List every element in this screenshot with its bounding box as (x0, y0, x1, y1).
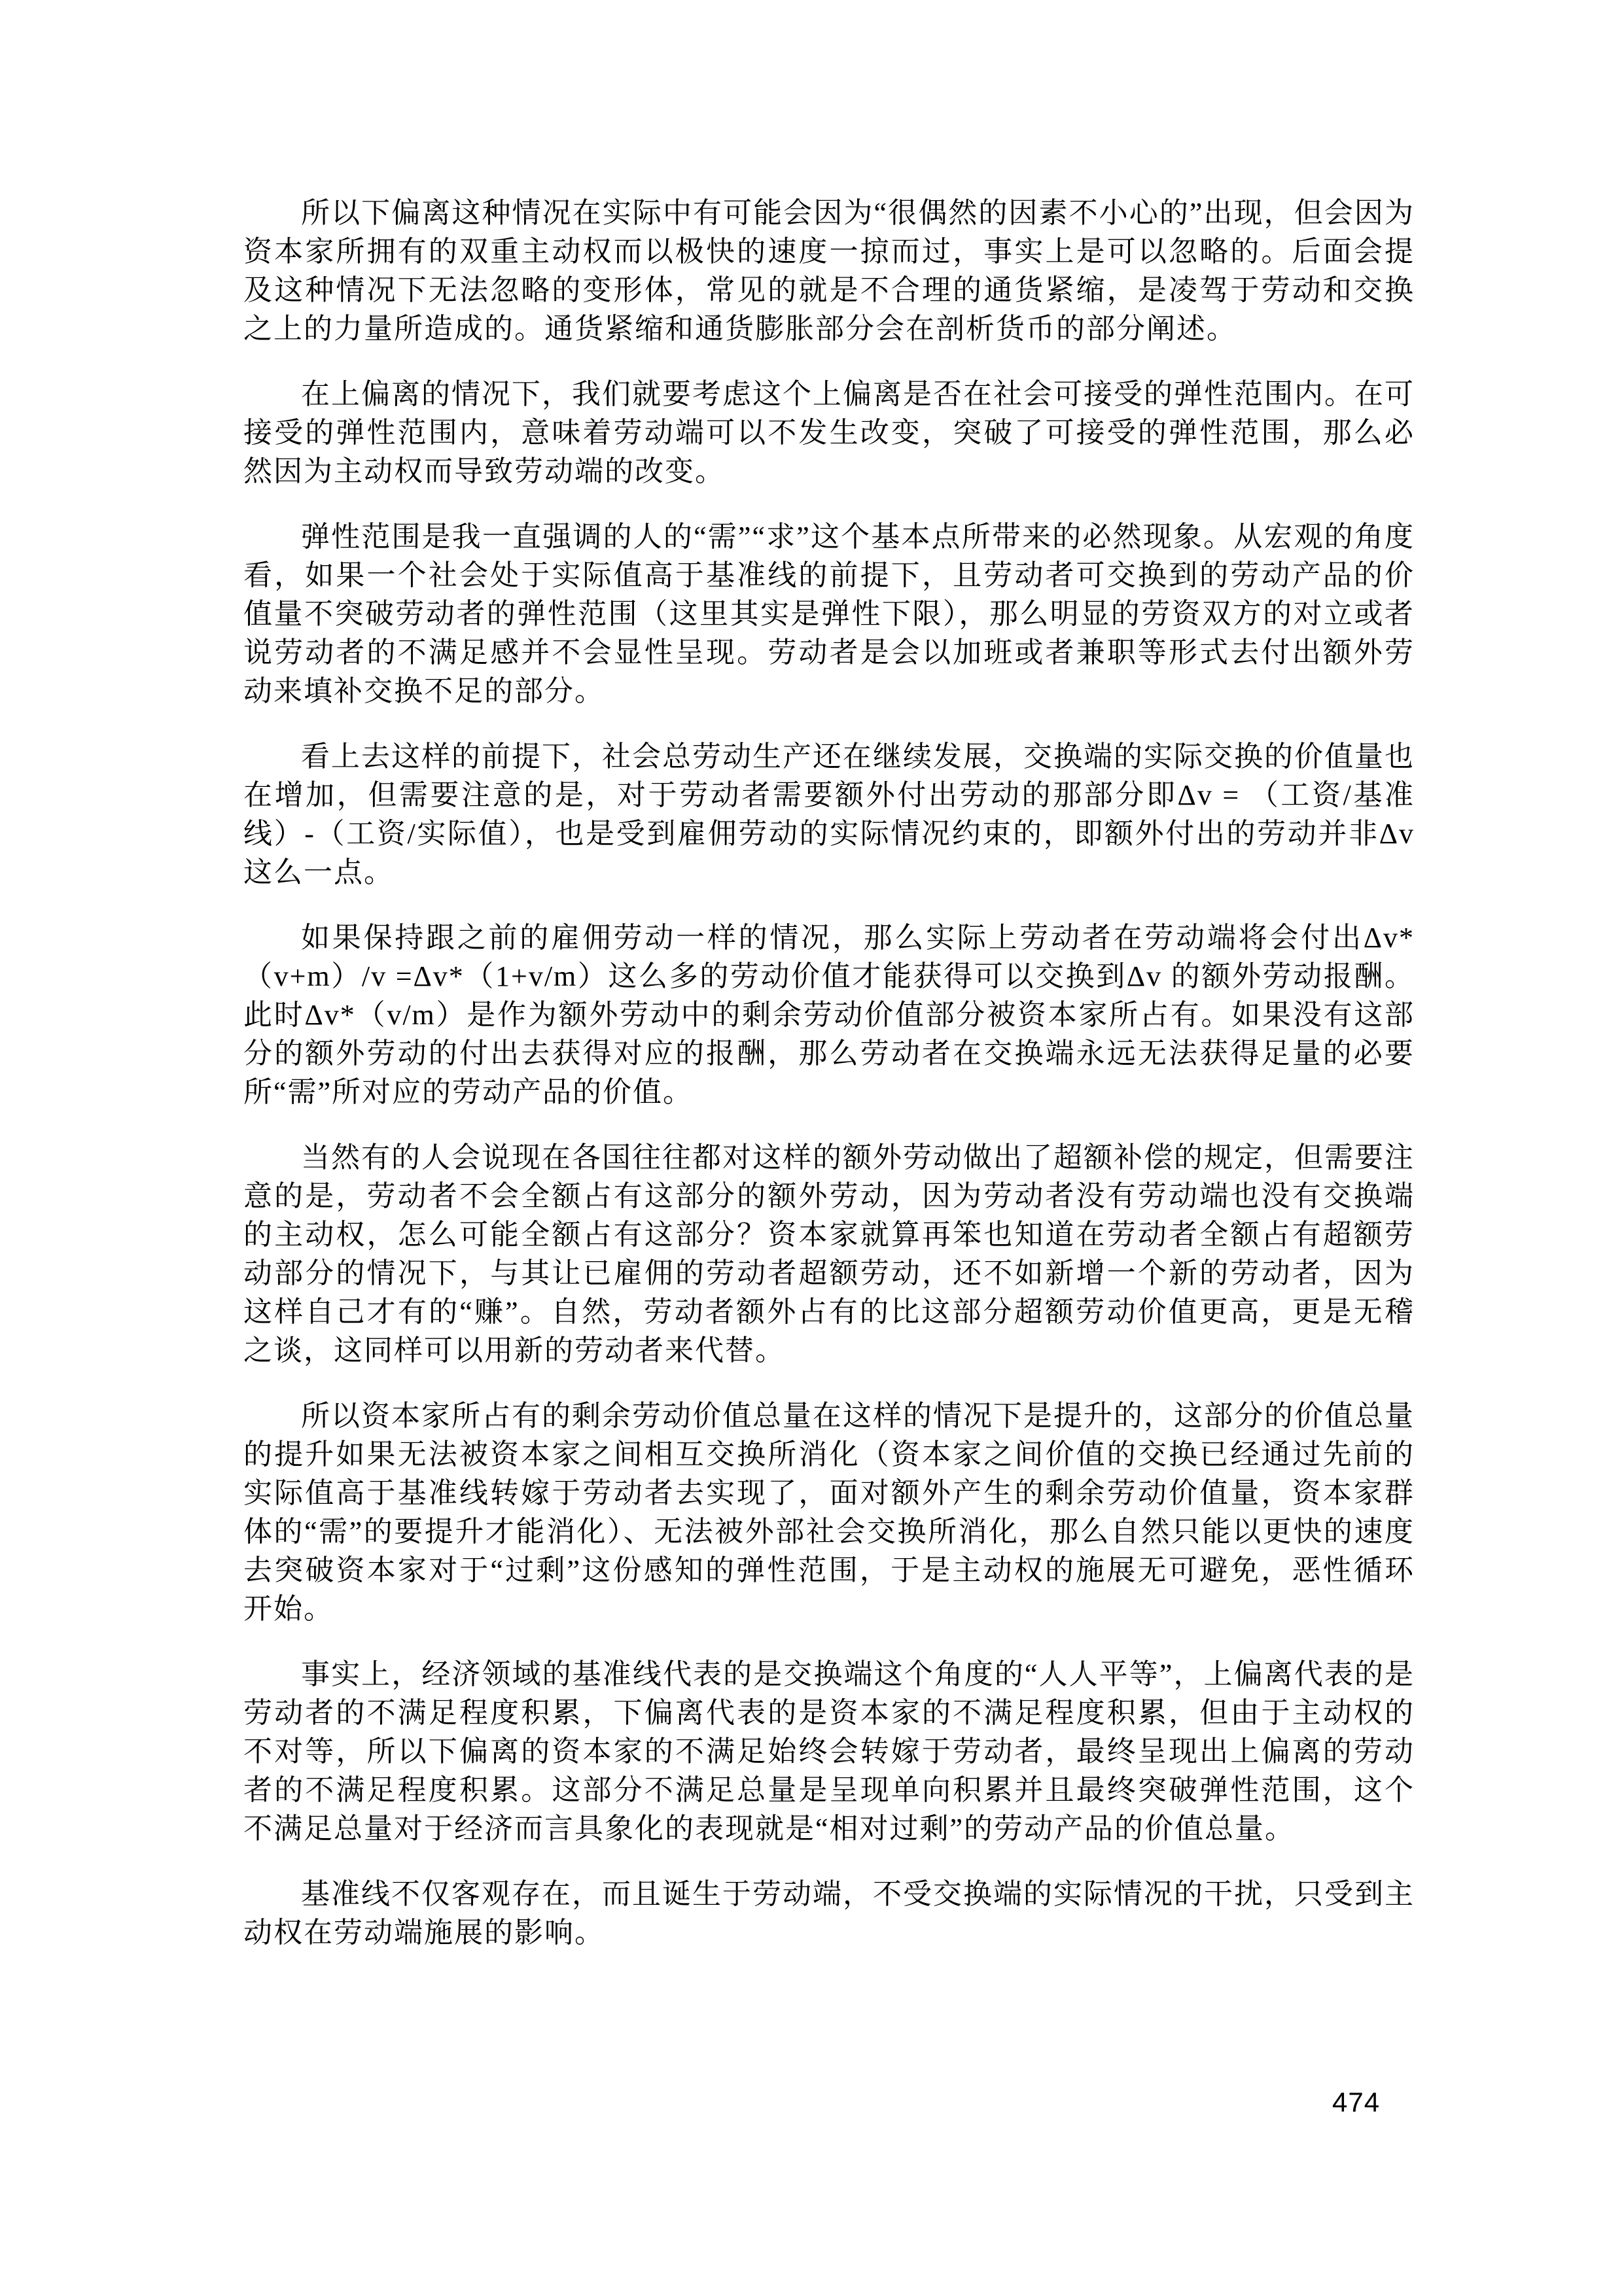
document-page: 所以下偏离这种情况在实际中有可能会因为“很偶然的因素不小心的”出现，但会因为资本… (0, 0, 1624, 2296)
paragraph-3: 弹性范围是我一直强调的人的“需”“求”这个基本点所带来的必然现象。从宏观的角度看… (243, 517, 1415, 710)
paragraph-4: 看上去这样的前提下，社会总劳动生产还在继续发展，交换端的实际交换的价值量也在增加… (243, 737, 1415, 892)
paragraph-2: 在上偏离的情况下，我们就要考虑这个上偏离是否在社会可接受的弹性范围内。在可接受的… (243, 375, 1415, 491)
paragraph-1: 所以下偏离这种情况在实际中有可能会因为“很偶然的因素不小心的”出现，但会因为资本… (243, 194, 1415, 348)
text-block: 所以下偏离这种情况在实际中有可能会因为“很偶然的因素不小心的”出现，但会因为资本… (243, 194, 1415, 1952)
paragraph-9: 基准线不仅客观存在，而且诞生于劳动端，不受交换端的实际情况的干扰，只受到主动权在… (243, 1875, 1415, 1952)
paragraph-6: 当然有的人会说现在各国往往都对这样的额外劳动做出了超额补偿的规定，但需要注意的是… (243, 1138, 1415, 1370)
paragraph-5: 如果保持跟之前的雇佣劳动一样的情况，那么实际上劳动者在劳动端将会付出Δv*（v+… (243, 918, 1415, 1111)
paragraph-7: 所以资本家所占有的剩余劳动价值总量在这样的情况下是提升的，这部分的价值总量的提升… (243, 1397, 1415, 1628)
paragraph-8: 事实上，经济领域的基准线代表的是交换端这个角度的“人人平等”，上偏离代表的是劳动… (243, 1655, 1415, 1848)
page-number: 474 (1332, 2087, 1380, 2118)
